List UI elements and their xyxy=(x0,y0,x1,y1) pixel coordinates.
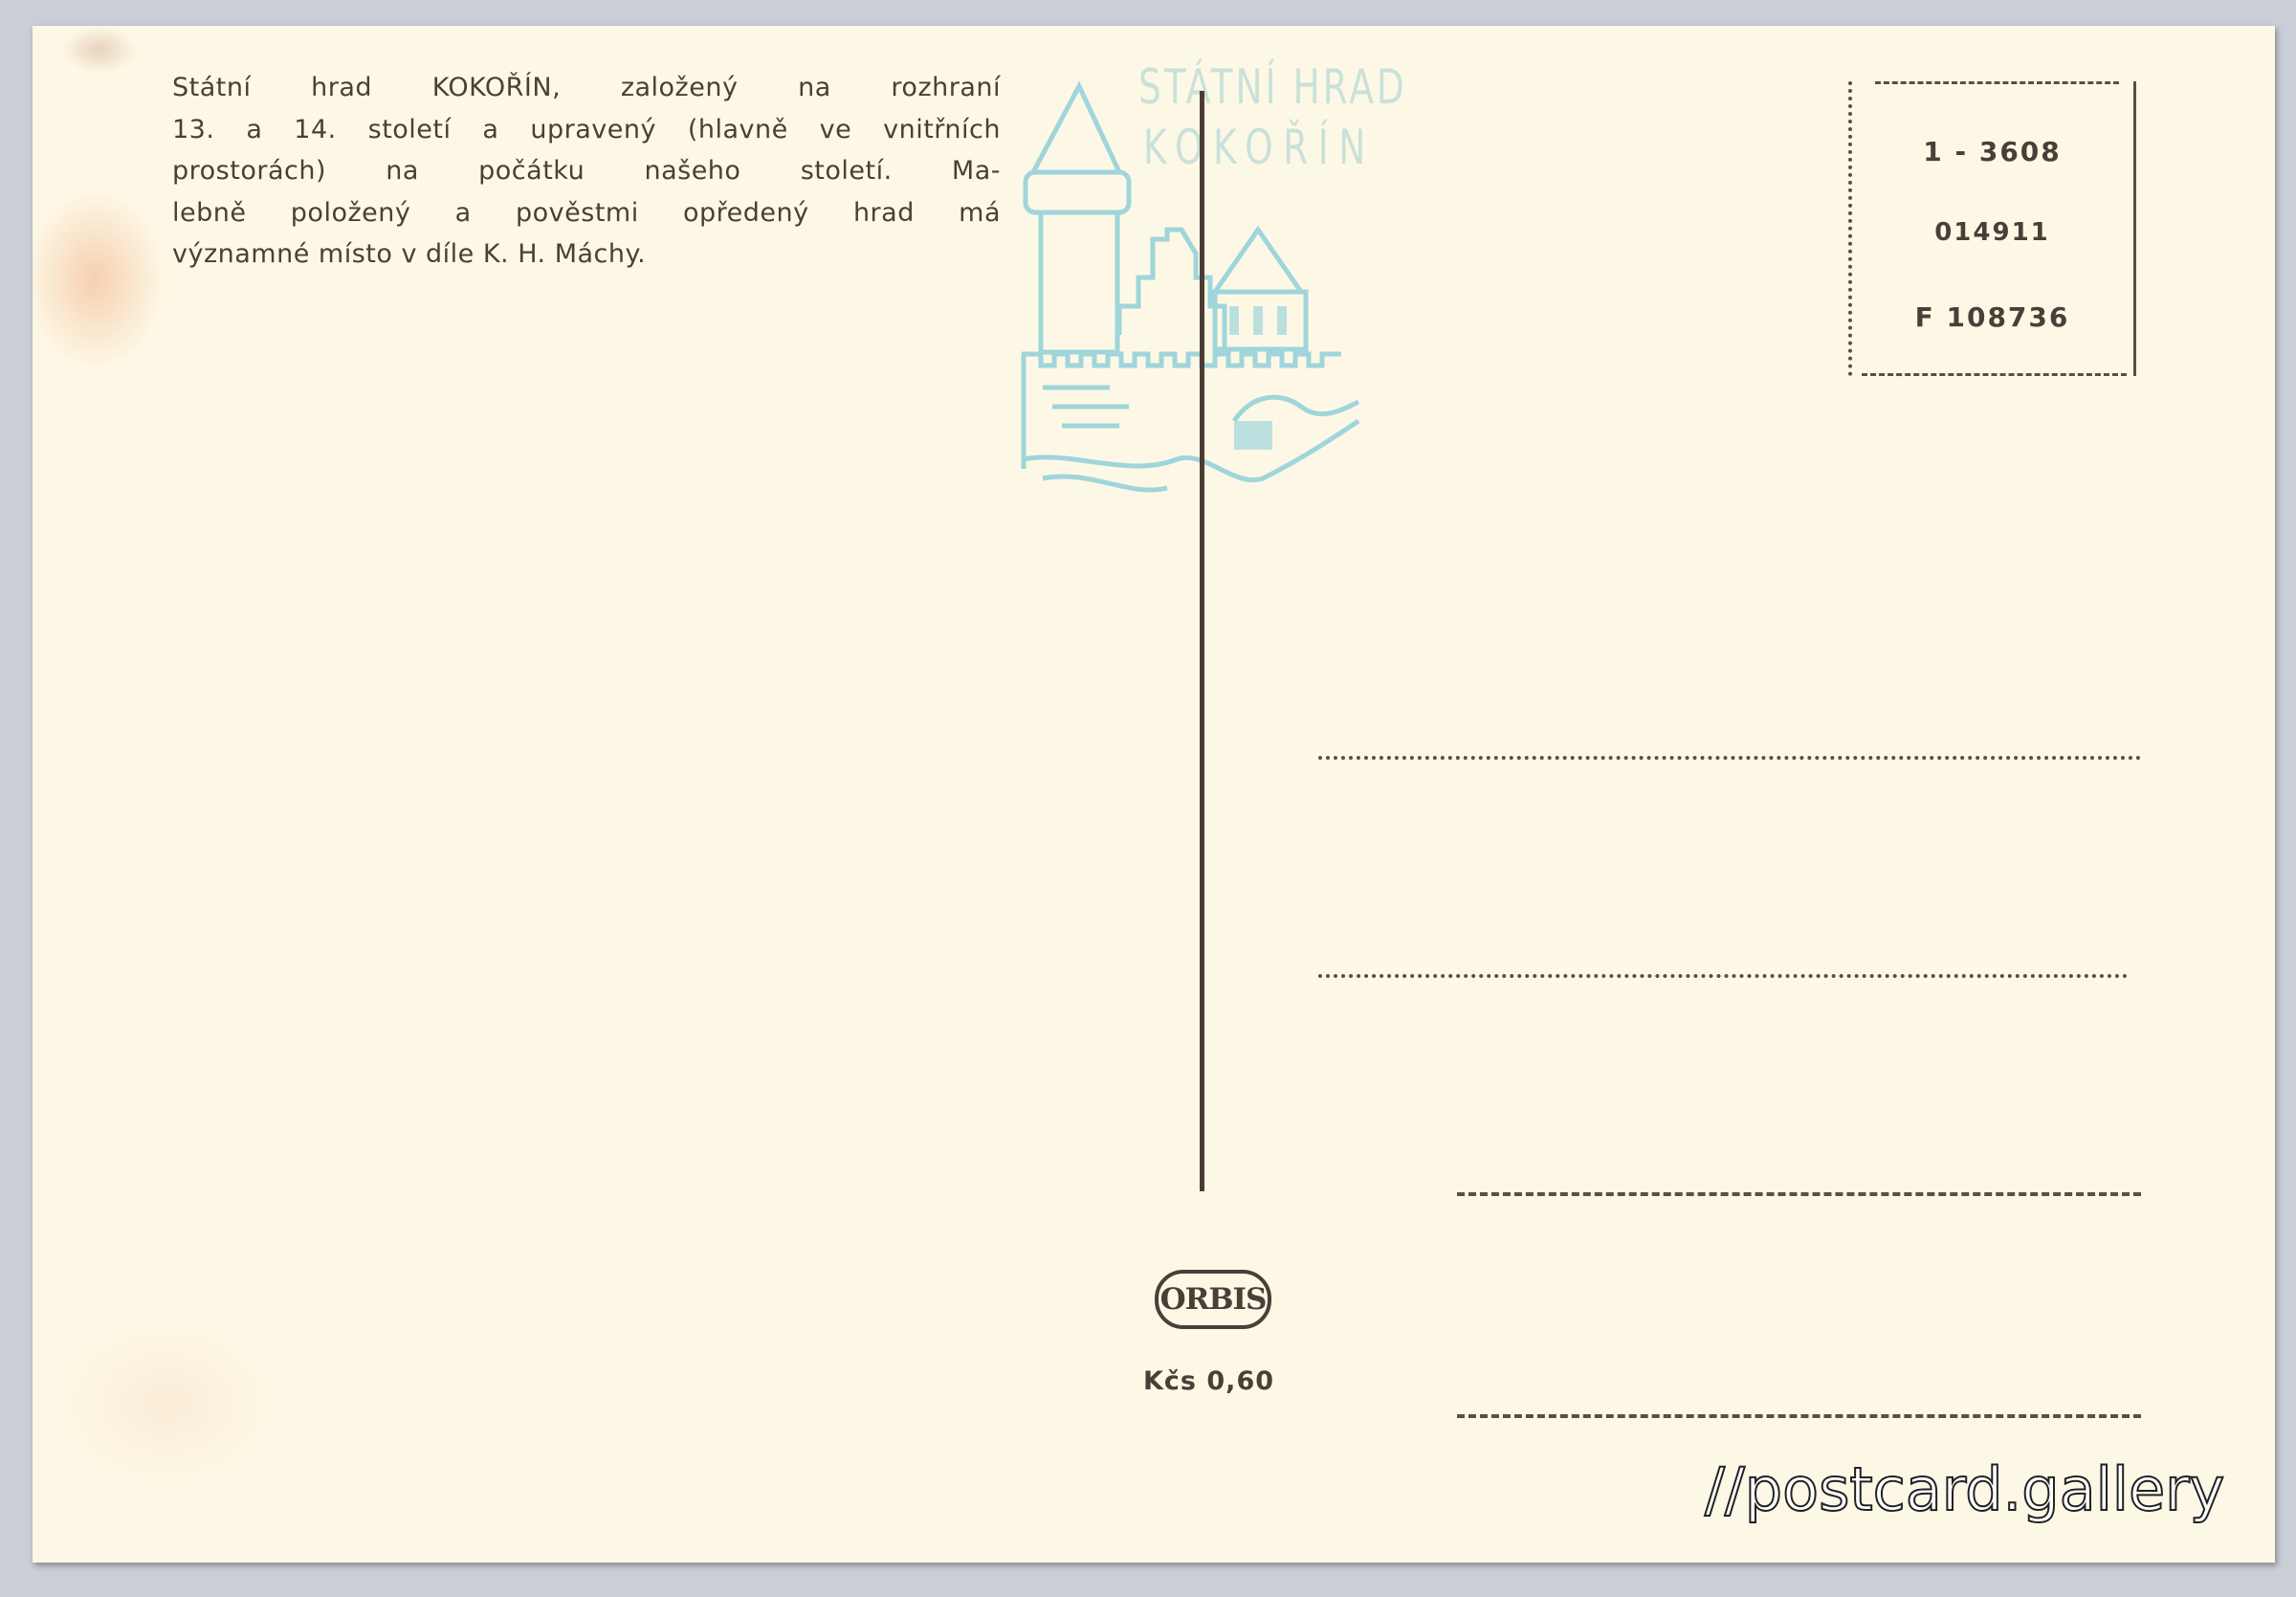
stain-left xyxy=(23,189,166,370)
center-divider-line xyxy=(1200,91,1204,1191)
description-line: prostorách) na počátku našeho století. M… xyxy=(172,150,1001,192)
stain-left-lower xyxy=(52,1318,281,1490)
description-line: 13. a 14. století a upravený (hlavně ve … xyxy=(172,109,1001,151)
publisher-logo: ORBIS xyxy=(1155,1270,1271,1329)
catalog-number: 1 - 3608 xyxy=(1848,136,2136,167)
stain-top xyxy=(61,26,138,74)
stamp-placement-box: 1 - 3608 014911 F 108736 xyxy=(1848,81,2136,376)
description-line: lebně položený a pověstmi opředený hrad … xyxy=(172,192,1001,234)
address-line-4 xyxy=(1457,1414,2141,1418)
address-line-3 xyxy=(1457,1192,2141,1196)
series-number: F 108736 xyxy=(1848,301,2136,333)
castle-stamp-icon xyxy=(1014,77,1378,498)
address-line-2 xyxy=(1318,974,2128,978)
address-line-1 xyxy=(1318,756,2141,760)
price-label: Kčs 0,60 xyxy=(1143,1366,1274,1396)
print-number: 014911 xyxy=(1848,218,2136,247)
castle-description: Státní hrad KOKOŘÍN, založený na rozhran… xyxy=(172,67,1001,276)
description-line: Státní hrad KOKOŘÍN, založený na rozhran… xyxy=(172,67,1001,109)
description-line: významné místo v díle K. H. Máchy. xyxy=(172,233,1001,276)
watermark: //postcard.gallery xyxy=(1705,1454,2224,1524)
